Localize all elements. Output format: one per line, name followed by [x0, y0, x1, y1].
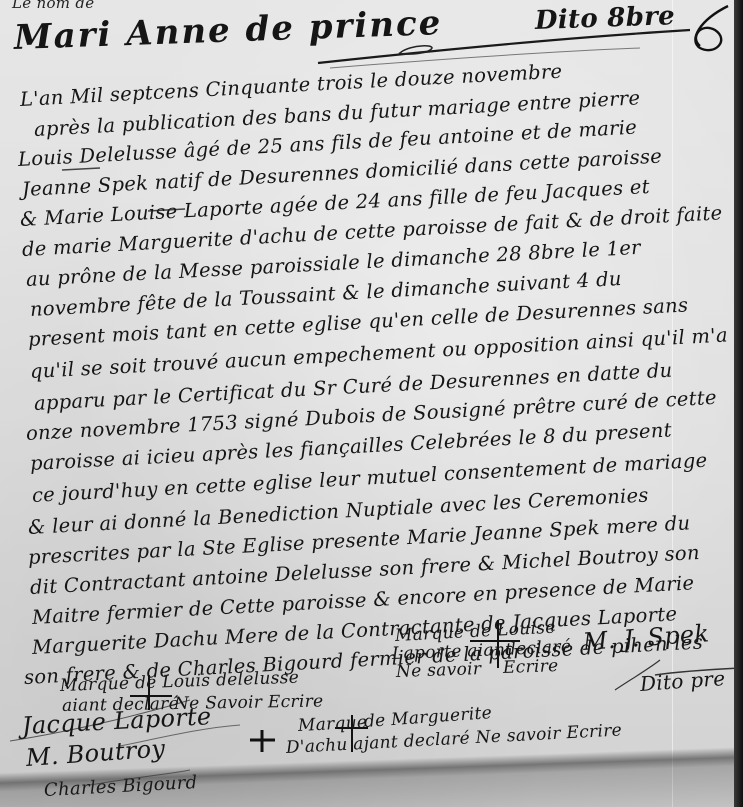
margin-note: Dito 8bre [534, 1, 675, 36]
michel-boutroy-signature: M. Boutroy [25, 734, 166, 772]
document-page: Le nom de Mari Anne de prince Dito 8bre … [0, 0, 743, 807]
marguerite-mark-line1-left: Marque [297, 712, 367, 736]
louise-mark-line3-right: Ecrire [503, 656, 559, 678]
jacques-laporte-signature: Jacque Laporte [21, 702, 212, 740]
header-fragment: Le nom de [12, 0, 94, 12]
scan-right-edge [734, 0, 743, 807]
louise-mark-line3-left: Ne savoir [396, 659, 482, 682]
charles-bigourd-signature: Charles Bigourd [43, 772, 198, 801]
dito-note: Dito pre [639, 666, 726, 696]
